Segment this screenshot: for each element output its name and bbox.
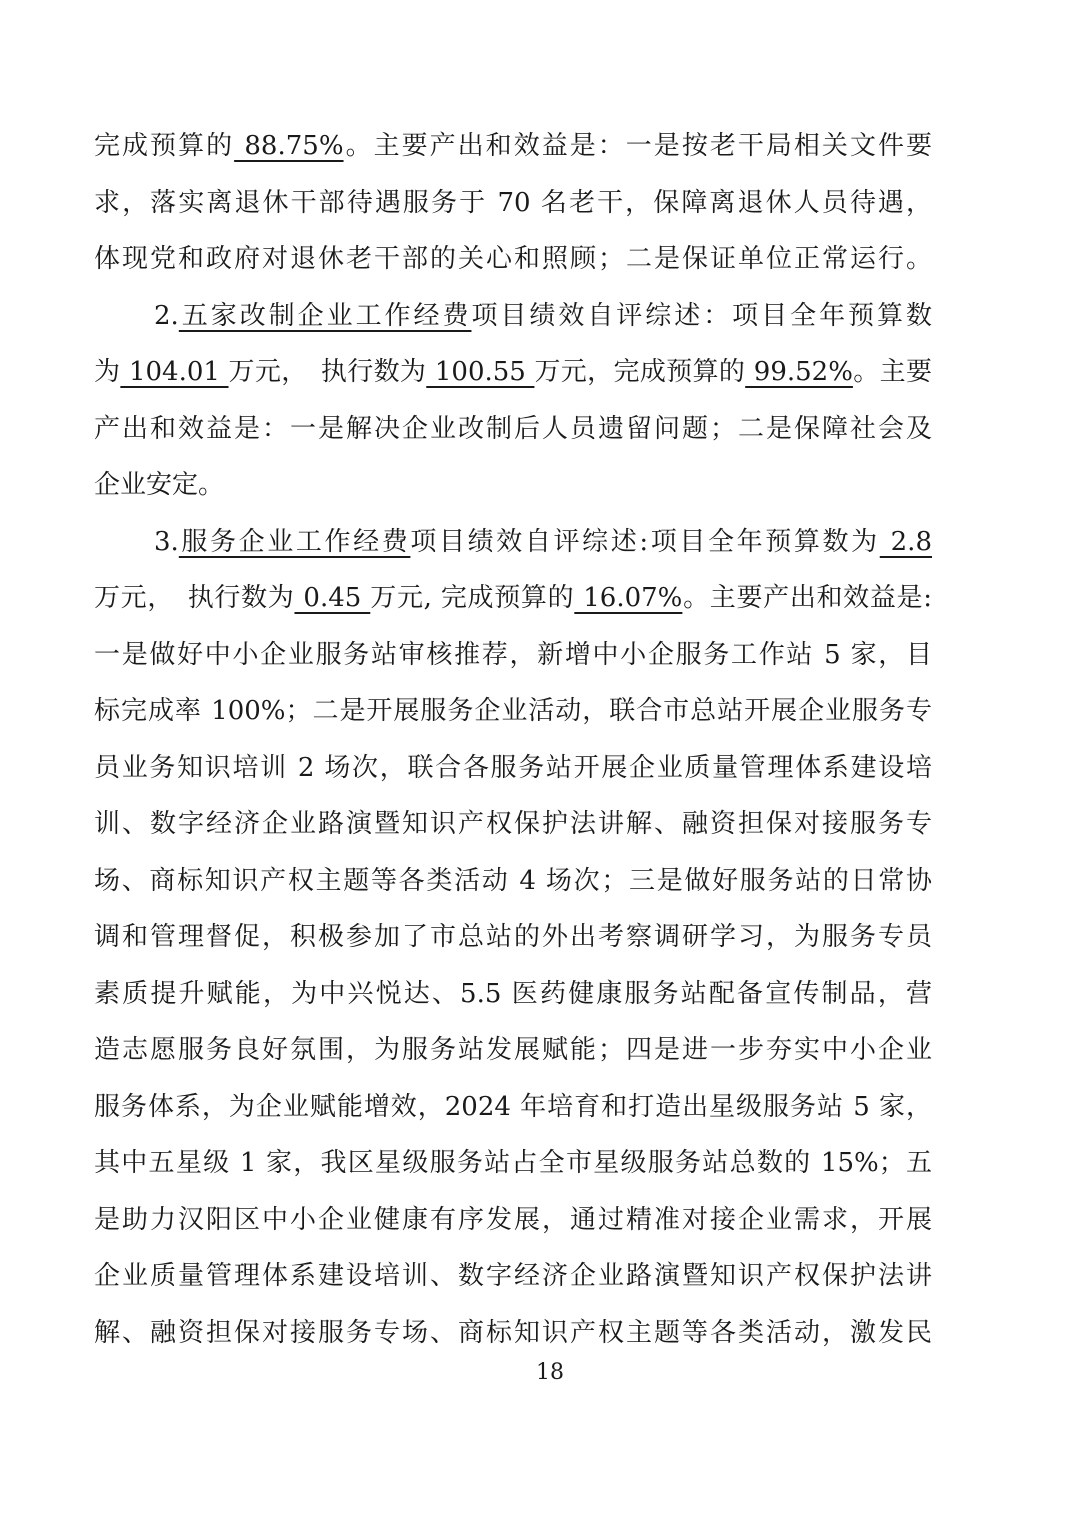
text-run: 万元， 执行数为: [229, 357, 427, 387]
text-line: 是助力汉阳区中小企业健康有序发展，通过精准对接企业需求，开展: [94, 1192, 932, 1249]
text-run: 一是做好中小企业服务站审核推荐，新增中小企服务工作站 5 家，目: [94, 640, 932, 670]
text-run: 为: [94, 357, 120, 387]
text-line: 产出和效益是：一是解决企业改制后人员遗留问题；二是保障社会及: [94, 401, 932, 458]
text-line: 3.服务企业工作经费项目绩效自评综述:项目全年预算数为 2.8: [94, 514, 932, 571]
text-run: 是助力汉阳区中小企业健康有序发展，通过精准对接企业需求，开展: [94, 1205, 932, 1235]
text-line: 场、商标知识产权主题等各类活动 4 场次；三是做好服务站的日常协: [94, 853, 932, 910]
text-run: 其中五星级 1 家，我区星级服务站占全市星级服务站总数的 15%；五: [94, 1148, 932, 1178]
page-number: 18: [536, 1358, 564, 1388]
text-run: 员业务知识培训 2 场次，联合各服务站开展企业质量管理体系建设培: [94, 753, 932, 783]
underlined-value: 16.07%: [574, 583, 682, 613]
text-line: 完成预算的 88.75%。主要产出和效益是：一是按老干局相关文件要: [94, 118, 932, 175]
text-line: 2.五家改制企业工作经费项目绩效自评综述：项目全年预算数: [94, 288, 932, 345]
text-run: 企业质量管理体系建设培训、数字经济企业路演暨知识产权保护法讲: [94, 1261, 932, 1291]
text-run: 完成预算的: [94, 131, 234, 161]
text-line: 万元， 执行数为 0.45 万元, 完成预算的 16.07%。主要产出和效益是:: [94, 570, 932, 627]
text-run: 体现党和政府对退休老干部的关心和照顾；二是保证单位正常运行。: [94, 244, 932, 274]
text-run: 万元， 执行数为: [94, 583, 294, 613]
text-run: 企业安定。: [94, 470, 224, 500]
underlined-value: 2.8: [880, 527, 932, 557]
underlined-value: 104.01: [120, 357, 228, 387]
text-run: 项目绩效自评综述：项目全年预算数: [471, 301, 932, 331]
text-run: 素质提升赋能，为中兴悦达、5.5 医药健康服务站配备宣传制品，营: [94, 979, 932, 1009]
text-run: 产出和效益是：一是解决企业改制后人员遗留问题；二是保障社会及: [94, 414, 932, 444]
text-line: 企业质量管理体系建设培训、数字经济企业路演暨知识产权保护法讲: [94, 1248, 932, 1305]
text-line: 训、数字经济企业路演暨知识产权保护法讲解、融资担保对接服务专: [94, 796, 932, 853]
text-run: 。主要产出和效益是:: [682, 583, 932, 613]
text-run: 标完成率 100%；二是开展服务企业活动，联合市总站开展企业服务专: [94, 696, 932, 726]
text-run: 。主要: [853, 357, 932, 387]
underlined-value: 五家改制企业工作经费: [179, 301, 472, 331]
text-run: 造志愿服务良好氛围，为服务站发展赋能；四是进一步夯实中小企业: [94, 1035, 932, 1065]
text-run: 万元, 完成预算的: [370, 583, 574, 613]
underlined-value: 服务企业工作经费: [179, 527, 411, 557]
text-line: 标完成率 100%；二是开展服务企业活动，联合市总站开展企业服务专: [94, 683, 932, 740]
text-line: 造志愿服务良好氛围，为服务站发展赋能；四是进一步夯实中小企业: [94, 1022, 932, 1079]
document-page: 完成预算的 88.75%。主要产出和效益是：一是按老干局相关文件要求，落实离退休…: [0, 0, 1069, 1514]
text-run: 2.: [154, 301, 179, 331]
text-run: 场、商标知识产权主题等各类活动 4 场次；三是做好服务站的日常协: [94, 866, 932, 896]
text-line: 企业安定。: [94, 457, 932, 514]
text-run: 。主要产出和效益是：一是按老干局相关文件要: [344, 131, 932, 161]
underlined-value: 0.45: [294, 583, 370, 613]
text-line: 素质提升赋能，为中兴悦达、5.5 医药健康服务站配备宣传制品，营: [94, 966, 932, 1023]
text-line: 求，落实离退休干部待遇服务于 70 名老干，保障离退休人员待遇，: [94, 175, 932, 232]
text-run: 万元，完成预算的: [534, 357, 745, 387]
text-line: 服务体系，为企业赋能增效，2024 年培育和打造出星级服务站 5 家，: [94, 1079, 932, 1136]
underlined-value: 100.55: [426, 357, 534, 387]
text-run: 训、数字经济企业路演暨知识产权保护法讲解、融资担保对接服务专: [94, 809, 932, 839]
text-run: 服务体系，为企业赋能增效，2024 年培育和打造出星级服务站 5 家，: [94, 1092, 932, 1122]
text-line: 员业务知识培训 2 场次，联合各服务站开展企业质量管理体系建设培: [94, 740, 932, 797]
text-line: 调和管理督促，积极参加了市总站的外出考察调研学习，为服务专员: [94, 909, 932, 966]
text-run: 求，落实离退休干部待遇服务于 70 名老干，保障离退休人员待遇，: [94, 188, 932, 218]
text-line: 为 104.01 万元， 执行数为 100.55 万元，完成预算的 99.52%…: [94, 344, 932, 401]
text-line: 解、融资担保对接服务专场、商标知识产权主题等各类活动，激发民: [94, 1305, 932, 1362]
text-run: 项目绩效自评综述:项目全年预算数为: [410, 527, 879, 557]
text-run: 3.: [154, 527, 179, 557]
text-line: 体现党和政府对退休老干部的关心和照顾；二是保证单位正常运行。: [94, 231, 932, 288]
text-line: 其中五星级 1 家，我区星级服务站占全市星级服务站总数的 15%；五: [94, 1135, 932, 1192]
text-run: 调和管理督促，积极参加了市总站的外出考察调研学习，为服务专员: [94, 922, 932, 952]
underlined-value: 99.52%: [745, 357, 853, 387]
underlined-value: 88.75%: [234, 131, 343, 161]
text-run: 解、融资担保对接服务专场、商标知识产权主题等各类活动，激发民: [94, 1318, 932, 1348]
document-body-text: 完成预算的 88.75%。主要产出和效益是：一是按老干局相关文件要求，落实离退休…: [94, 118, 932, 1361]
text-line: 一是做好中小企业服务站审核推荐，新增中小企服务工作站 5 家，目: [94, 627, 932, 684]
